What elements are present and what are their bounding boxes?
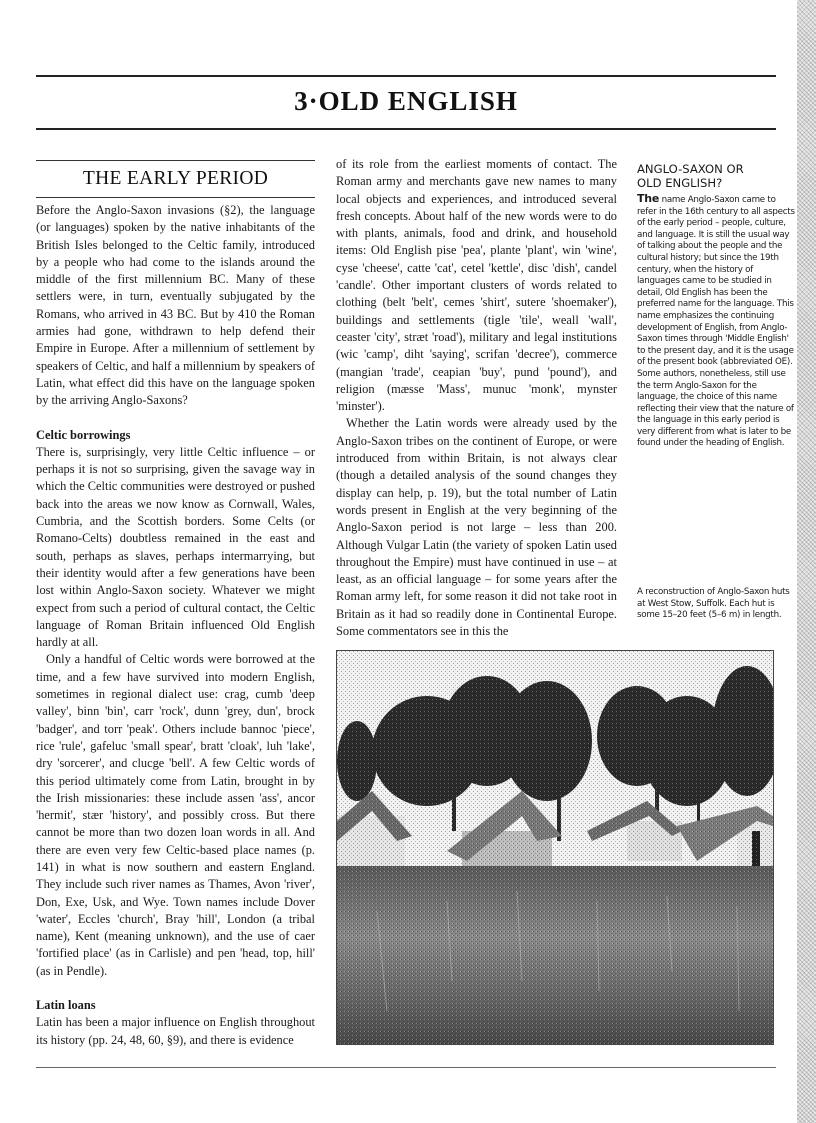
- chapter-bottom-rule: [36, 128, 776, 130]
- intro-paragraph: Before the Anglo-Saxon invasions (§2), t…: [36, 202, 315, 410]
- chapter-title: 3·OLD ENGLISH: [36, 86, 776, 117]
- section-title: THE EARLY PERIOD: [36, 168, 315, 190]
- sidebar-lead-word: The: [637, 192, 659, 205]
- latin-continued-paragraph: of its role from the earliest moments of…: [336, 156, 617, 415]
- latin-paragraph-1: Latin has been a major influence on Engl…: [36, 1014, 315, 1049]
- top-rule: [36, 75, 776, 77]
- sidebar-box: ANGLO-SAXON OR OLD ENGLISH? The name Ang…: [637, 163, 795, 450]
- sidebar-text: name Anglo-Saxon came to refer in the 16…: [637, 195, 795, 448]
- sidebar-heading-line-2: OLD ENGLISH?: [637, 176, 722, 190]
- middle-column: of its role from the earliest moments of…: [336, 156, 617, 640]
- section-bottom-rule: [36, 197, 315, 198]
- latin-origins-paragraph: Whether the Latin words were already use…: [336, 415, 617, 640]
- sidebar-heading: ANGLO-SAXON OR OLD ENGLISH?: [637, 163, 795, 190]
- sidebar-heading-line-1: ANGLO-SAXON OR: [637, 162, 744, 176]
- celtic-paragraph-1: There is, surprisingly, very little Celt…: [36, 444, 315, 652]
- section-top-rule: [36, 160, 315, 161]
- page-edge-binding: [797, 0, 816, 1123]
- huts-photo-illustration: [337, 651, 773, 1044]
- celtic-paragraph-2: Only a handful of Celtic words were borr…: [36, 651, 315, 980]
- sidebar-body: The name Anglo-Saxon came to refer in th…: [637, 193, 795, 450]
- photo-anglo-saxon-huts: [336, 650, 774, 1045]
- figure-caption: A reconstruction of Anglo-Saxon huts at …: [637, 587, 795, 622]
- celtic-borrowings-heading: Celtic borrowings: [36, 427, 315, 444]
- left-column: Before the Anglo-Saxon invasions (§2), t…: [36, 202, 315, 1049]
- bottom-rule: [36, 1067, 776, 1068]
- latin-loans-heading: Latin loans: [36, 997, 315, 1014]
